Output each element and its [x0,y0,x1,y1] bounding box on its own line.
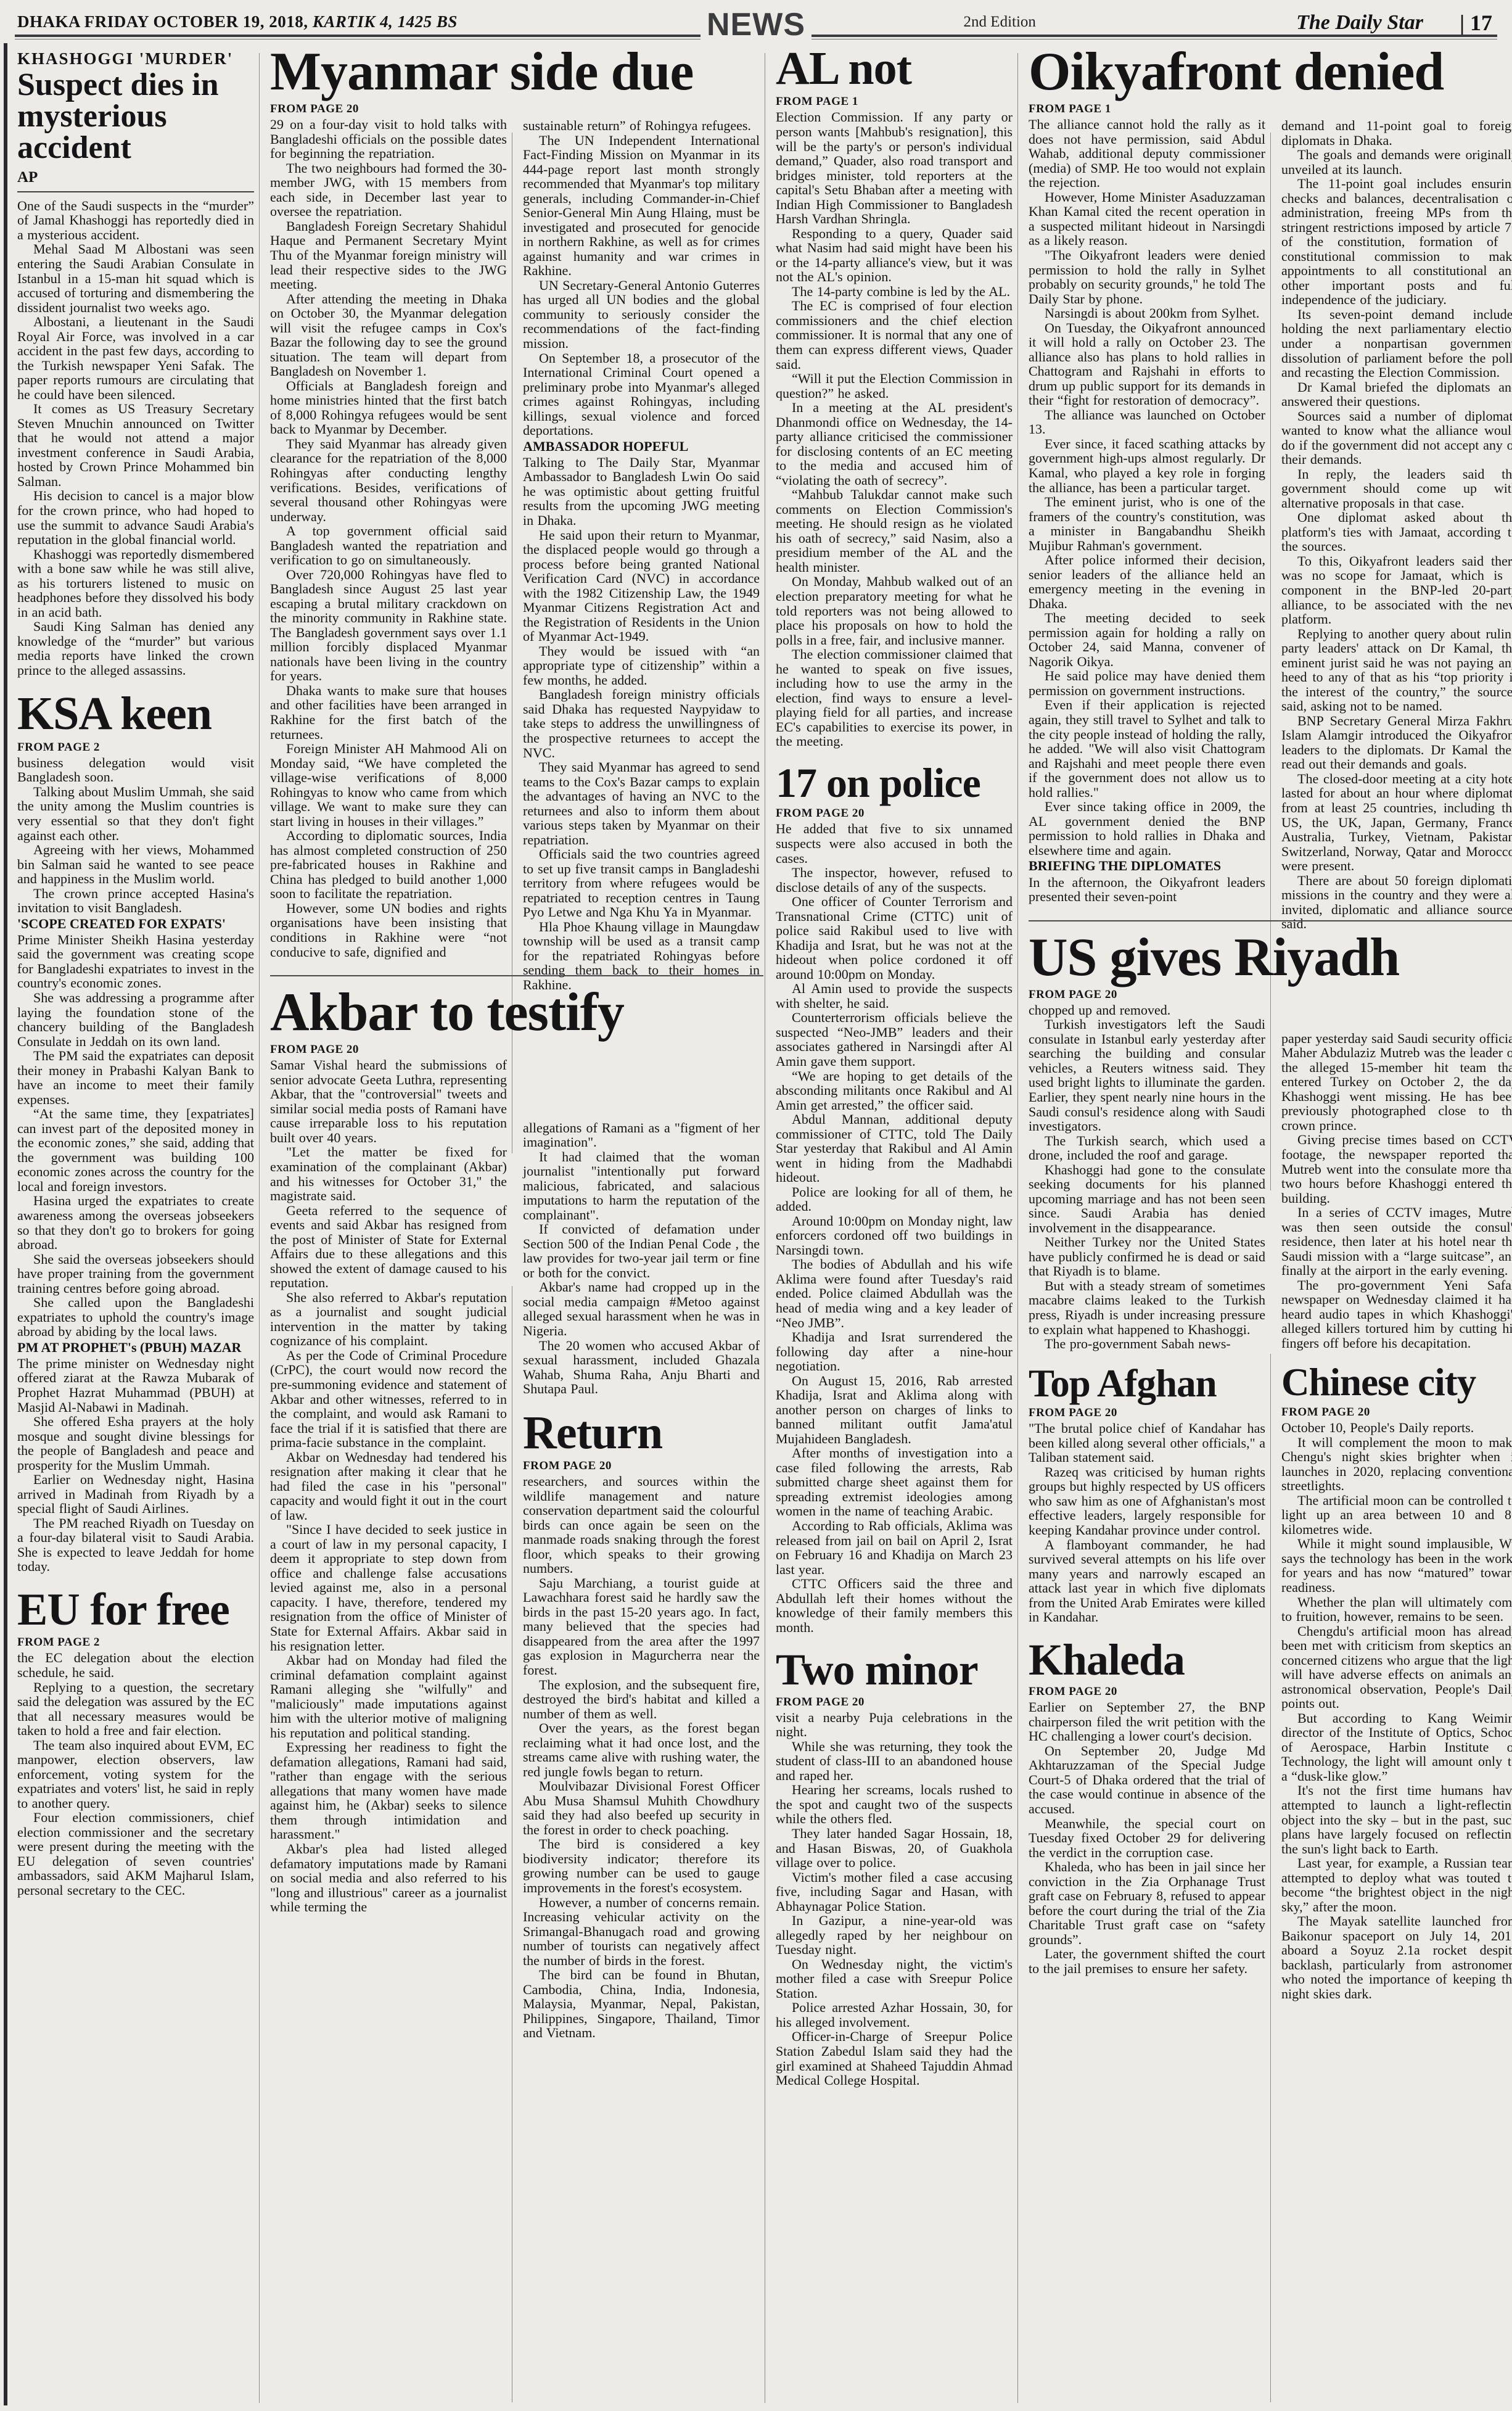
body-paragraph: Even if their application is rejected ag… [1029,698,1265,799]
body-paragraph: One of the Saudi suspects in the “murder… [17,199,254,242]
body-subhead: 'SCOPE CREATED FOR EXPATS' [17,917,254,931]
article-kicker: KHASHOGGI 'MURDER' [17,49,254,68]
headline-two-minor: Two minor [776,1648,1013,1692]
column-rule-3 [765,53,765,2403]
body-paragraph: The bird is considered a key biodiversit… [523,1837,760,1895]
newspaper-page: DHAKA FRIDAY OCTOBER 19, 2018, KARTIK 4,… [0,0,1512,2411]
column-rule-4 [1017,53,1018,2403]
body-paragraph: "The brutal police chief of Kandahar has… [1029,1421,1265,1465]
headline-us-gives-riyadh: US gives Riyadh [1029,920,1512,984]
jump-tag: FROM PAGE 1 [776,95,1013,109]
body-paragraph: Dhaka wants to make sure that houses and… [270,683,507,741]
body-paragraph: October 10, People's Daily reports. [1281,1420,1512,1435]
article-return: Return FROM PAGE 20 researchers, and sou… [523,1410,760,2040]
body-paragraph: Around 10:00pm on Monday night, law enfo… [776,1214,1013,1258]
body-paragraph: Replying to a question, the secretary sa… [17,1680,254,1738]
body-paragraph: Agreeing with her views, Mohammed bin Sa… [17,843,254,886]
article-two-minor: Two minor FROM PAGE 20 visit a nearby Pu… [776,1648,1013,2087]
body-paragraph: business delegation would visit Banglade… [17,756,254,785]
body-paragraph: Over the years, as the forest began recl… [523,1721,760,1779]
headline-eu-for-free: EU for free [17,1588,254,1633]
jump-tag: FROM PAGE 20 [270,1043,507,1057]
body-paragraph: He added that five to six unnamed suspec… [776,822,1013,865]
body-paragraph: Giving precise times based on CCTV foota… [1281,1132,1512,1205]
article-akbar-to-testify: Akbar to testify FROM PAGE 20 Samar Vish… [270,975,507,1914]
column-6: demand and 11-point goal to foreign dipl… [1281,46,1512,2001]
body-paragraph: The EC is comprised of four election com… [776,299,1013,371]
body-paragraph: On Tuesday, the Oikyafront announced it … [1029,321,1265,408]
body-paragraph: "Let the matter be fixed for examination… [270,1145,507,1203]
body-paragraph: She also referred to Akbar's reputation … [270,1290,507,1348]
body-paragraph: Khadija and Israt surrendered the follow… [776,1330,1013,1374]
body-paragraph: Chengdu's artificial moon has already be… [1281,1624,1512,1711]
body-paragraph: Victim's mother filed a case accusing fi… [776,1870,1013,1914]
body-paragraph: On Monday, Mahbub walked out of an elect… [776,574,1013,647]
body-paragraph: Moulvibazar Divisional Forest Officer Ab… [523,1779,760,1837]
body-paragraph: Later, the government shifted the court … [1029,1947,1265,1976]
body-subhead: PM AT PROPHET's (PBUH) MAZAR [17,1340,254,1355]
body-paragraph: “At the same time, they [expatriates] ca… [17,1107,254,1193]
body-paragraph: Talking about Muslim Ummah, she said the… [17,785,254,843]
body-paragraph: Election Commission. If any party or per… [776,110,1013,226]
body-paragraph: The 11-point goal includes ensuring chec… [1281,176,1512,307]
article-us-gives-riyadh: US gives Riyadh FROM PAGE 20 chopped up … [1029,920,1265,1351]
article-body: One of the Saudi suspects in the “murder… [17,199,254,678]
headline-top-afghan: Top Afghan [1029,1365,1265,1403]
body-paragraph: Officials at Bangladesh foreign and home… [270,379,507,437]
body-paragraph: Its seven-point demand includes holding … [1281,307,1512,380]
body-paragraph: The prime minister on Wednesday night of… [17,1356,254,1414]
body-paragraph: Khaleda, who has been in jail since her … [1029,1860,1265,1947]
body-paragraph: She said the overseas jobseekers should … [17,1252,254,1296]
body-paragraph: It had claimed that the woman journalist… [523,1150,760,1222]
body-paragraph: The alliance cannot hold the rally as it… [1029,117,1265,190]
body-paragraph: She called upon the Bangladeshi expatria… [17,1295,254,1339]
body-paragraph: The eminent jurist, who is one of the fr… [1029,495,1265,553]
article-myanmar-continuation: sustainable return” of Rohingya refugees… [523,118,760,992]
article-body: the EC delegation about the election sch… [17,1651,254,1897]
article-body-col2: paper yesterday said Saudi security offi… [1281,1031,1512,1351]
article-oikyafront-denied: Oikyafront denied FROM PAGE 1 The allian… [1029,46,1265,904]
body-paragraph: Police are looking for all of them, he a… [776,1185,1013,1214]
body-paragraph: After attending the meeting in Dhaka on … [270,292,507,379]
headline-akbar-to-testify: Akbar to testify [270,975,763,1039]
body-paragraph: He said upon their return to Myanmar, th… [523,528,760,644]
body-paragraph: After police informed their decision, se… [1029,553,1265,611]
body-paragraph: The explosion, and the subsequent fire, … [523,1678,760,1721]
body-paragraph: Earlier on Wednesday night, Hasina arriv… [17,1472,254,1516]
body-paragraph: Expressing her readiness to fight the de… [270,1740,507,1842]
article-body-col2: sustainable return” of Rohingya refugees… [523,118,760,992]
body-paragraph: The bodies of Abdullah and his wife Akli… [776,1257,1013,1330]
dateline: DHAKA FRIDAY OCTOBER 19, 2018, KARTIK 4,… [17,12,458,31]
article-chinese-city: Chinese city FROM PAGE 20 October 10, Pe… [1281,1364,1512,2001]
jump-tag: FROM PAGE 20 [523,1459,760,1473]
bangla-calendar-date: KARTIK 4, 1425 BS [313,12,458,31]
article-body: Election Commission. If any party or per… [776,110,1013,748]
body-paragraph: On August 15, 2016, Rab arrested Khadija… [776,1374,1013,1446]
body-paragraph: Narsingdi is about 200km from Sylhet. [1029,306,1265,321]
body-paragraph: Akbar's plea had listed alleged defamato… [270,1842,507,1914]
body-paragraph: Samar Vishal heard the submissions of se… [270,1058,507,1145]
body-paragraph: the EC delegation about the election sch… [17,1651,254,1679]
body-paragraph: Hasina urged the expatriates to create a… [17,1193,254,1251]
article-myanmar-side-due: Myanmar side due FROM PAGE 20 29 on a fo… [270,46,507,959]
body-paragraph: Abdul Mannan, additional deputy commissi… [776,1112,1013,1185]
body-paragraph: The Turkish search, which used a drone, … [1029,1134,1265,1163]
column-rule-2b [512,1286,512,2402]
body-subhead: BRIEFING THE DIPLOMATES [1029,859,1265,873]
column-2: Myanmar side due FROM PAGE 20 29 on a fo… [270,46,507,1914]
article-oikyafront-continuation: demand and 11-point goal to foreign dipl… [1281,118,1512,931]
body-paragraph: But with a steady stream of sometimes ma… [1029,1279,1265,1337]
body-paragraph: The two neighbours had formed the 30-mem… [270,161,507,219]
body-paragraph: They later handed Sagar Hossain, 18, and… [776,1826,1013,1870]
article-top-afghan: Top Afghan FROM PAGE 20 "The brutal poli… [1029,1365,1265,1625]
column-4: AL not FROM PAGE 1 Election Commission. … [776,46,1013,2088]
body-paragraph: The team also inquired about EVM, EC man… [17,1738,254,1811]
body-paragraph: The UN Independent International Fact-Fi… [523,133,760,278]
body-paragraph: According to Rab officials, Aklima was r… [776,1519,1013,1576]
article-body-col2: demand and 11-point goal to foreign dipl… [1281,118,1512,931]
body-paragraph: Turkish investigators left the Saudi con… [1029,1017,1265,1133]
body-paragraph: Bangladesh foreign ministry officials sa… [523,687,760,760]
body-paragraph: Mehal Saad M Albostani was seen entering… [17,242,254,315]
headline-ksa-keen: KSA keen [17,691,254,736]
body-paragraph: If convicted of defamation under Section… [523,1222,760,1280]
body-paragraph: His decision to cancel is a major blow f… [17,488,254,546]
body-paragraph: But according to Kang Weimin, director o… [1281,1711,1512,1784]
article-body-col1: The alliance cannot hold the rally as it… [1029,117,1265,904]
jump-tag: FROM PAGE 20 [270,102,507,116]
section-title: NEWS [701,6,811,43]
body-paragraph: Counterterrorism officials believe the s… [776,1010,1013,1068]
article-eu-for-free: EU for free FROM PAGE 2 the EC delegatio… [17,1588,254,1898]
body-paragraph: researchers, and sources within the wild… [523,1474,760,1576]
body-paragraph: The meeting decided to seek permission a… [1029,611,1265,669]
body-paragraph: paper yesterday said Saudi security offi… [1281,1031,1512,1133]
body-paragraph: Replying to another query about ruling p… [1281,627,1512,714]
body-paragraph: The PM reached Riyadh on Tuesday on a fo… [17,1516,254,1574]
body-paragraph: A flamboyant commander, he had survived … [1029,1538,1265,1625]
body-paragraph: On September 18, a prosecutor of the Int… [523,351,760,438]
page-header: DHAKA FRIDAY OCTOBER 19, 2018, KARTIK 4,… [15,5,1497,36]
body-paragraph: She offered Esha prayers at the holy mos… [17,1414,254,1472]
body-paragraph: Akbar's name had cropped up in the socia… [523,1280,760,1338]
body-paragraph: Police arrested Azhar Hossain, 30, for h… [776,2000,1013,2029]
body-paragraph: Saju Marchiang, a tourist guide at Lawac… [523,1576,760,1678]
body-paragraph: Over 720,000 Rohingyas have fled to Bang… [270,567,507,683]
article-body: October 10, People's Daily reports.It wi… [1281,1420,1512,2001]
body-paragraph: In a series of CCTV images, Mutreb was t… [1281,1205,1512,1278]
body-subhead: AMBASSADOR HOPEFUL [523,439,760,454]
body-paragraph: Meanwhile, the special court on Tuesday … [1029,1816,1265,1860]
body-paragraph: UN Secretary-General Antonio Guterres ha… [523,278,760,351]
body-paragraph: sustainable return” of Rohingya refugees… [523,118,760,133]
body-paragraph: CTTC Officers said the three and Abdulla… [776,1576,1013,1634]
body-paragraph: Foreign Minister AH Mahmood Ali on Monda… [270,741,507,828]
body-paragraph: “Will it put the Election Commission in … [776,371,1013,400]
body-paragraph: Albostani, a lieutenant in the Saudi Roy… [17,315,254,402]
body-paragraph: They would be issued with “an appropriat… [523,644,760,688]
article-body: Earlier on September 27, the BNP chairpe… [1029,1700,1265,1976]
column-1: KHASHOGGI 'MURDER' Suspect dies in myste… [17,46,254,1897]
column-5: Oikyafront denied FROM PAGE 1 The allian… [1029,46,1265,1976]
body-paragraph: It will complement the moon to make Chen… [1281,1435,1512,1493]
jump-tag: FROM PAGE 20 [776,807,1013,820]
body-paragraph: Al Amin used to provide the suspects wit… [776,981,1013,1010]
body-paragraph: Dr Kamal briefed the diplomats and answe… [1281,380,1512,409]
body-paragraph: “We are hoping to get details of the abs… [776,1069,1013,1113]
body-paragraph: One officer of Counter Terrorism and Tra… [776,894,1013,981]
body-paragraph: The goals and demands were originally un… [1281,147,1512,176]
column-rule-1 [259,53,260,2403]
body-paragraph: He said police may have denied them perm… [1029,669,1265,698]
headline-suspect-dies: Suspect dies in mysterious accident [17,70,254,164]
body-paragraph: The election commissioner claimed that h… [776,647,1013,749]
body-paragraph: Earlier on September 27, the BNP chairpe… [1029,1700,1265,1744]
article-body-col1: 29 on a four-day visit to hold talks wit… [270,117,507,959]
body-paragraph: Akbar had on Monday had filed the crimin… [270,1653,507,1740]
article-body: researchers, and sources within the wild… [523,1474,760,2040]
article-body: business delegation would visit Banglade… [17,756,254,1574]
body-paragraph: To this, Oikyafront leaders said there w… [1281,554,1512,627]
article-body: He added that five to six unnamed suspec… [776,822,1013,1634]
body-paragraph: The crown prince accepted Hasina's invit… [17,886,254,915]
body-paragraph: Neither Turkey nor the United States hav… [1029,1235,1265,1279]
body-paragraph: Talking to The Daily Star, Myanmar Ambas… [523,455,760,528]
body-paragraph: According to diplomatic sources, India h… [270,828,507,901]
body-paragraph: “Mahbub Talukdar cannot make such commen… [776,487,1013,574]
body-paragraph: The inspector, however, refused to discl… [776,865,1013,894]
body-paragraph: The Mayak satellite launched from Baikon… [1281,1914,1512,2001]
headline-al-not: AL not [776,46,1013,91]
body-paragraph: The artificial moon can be controlled to… [1281,1493,1512,1537]
body-paragraph: Saudi King Salman has denied any knowled… [17,619,254,677]
body-paragraph: Responding to a query, Quader said what … [776,226,1013,284]
dateline-text: DHAKA FRIDAY OCTOBER 19, 2018, [17,12,308,31]
body-paragraph: Whether the plan will ultimately come to… [1281,1595,1512,1624]
body-paragraph: After months of investigation into a cas… [776,1446,1013,1519]
body-paragraph: Four election commissioners, chief elect… [17,1810,254,1897]
body-paragraph: BNP Secretary General Mirza Fakhrul Isla… [1281,714,1512,772]
body-paragraph: The bird can be found in Bhutan, Cambodi… [523,1968,760,2040]
jump-tag: FROM PAGE 20 [776,1696,1013,1709]
page-number: | 17 [1460,10,1492,36]
body-paragraph: The pro-government Sabah news- [1029,1337,1265,1351]
body-paragraph: On Wednesday night, the victim's mother … [776,1957,1013,2001]
body-paragraph: The alliance was launched on October 13. [1029,408,1265,437]
body-paragraph: One diplomat asked about the platform's … [1281,510,1512,554]
body-paragraph: The 20 women who accused Akbar of sexual… [523,1338,760,1396]
body-paragraph: While she was returning, they took the s… [776,1739,1013,1783]
article-khashoggi: KHASHOGGI 'MURDER' Suspect dies in myste… [17,49,254,677]
body-paragraph: Prime Minister Sheikh Hasina yesterday s… [17,933,254,991]
scan-edge-artifact [4,43,7,2405]
body-paragraph: In Gazipur, a nine-year-old was allegedl… [776,1913,1013,1957]
article-body: "The brutal police chief of Kandahar has… [1029,1421,1265,1624]
body-paragraph: However, Home Minister Asaduzzaman Khan … [1029,190,1265,248]
body-paragraph: It comes as US Treasury Secretary Steven… [17,402,254,488]
jump-tag: FROM PAGE 20 [1029,1685,1265,1699]
body-paragraph: 29 on a four-day visit to hold talks wit… [270,117,507,161]
body-paragraph: In the afternoon, the Oikyafront leaders… [1029,875,1265,904]
body-paragraph: allegations of Ramani as a "figment of h… [523,1121,760,1150]
body-paragraph: Officer-in-Charge of Sreepur Police Stat… [776,2029,1013,2087]
jump-tag: FROM PAGE 20 [1029,988,1265,1002]
body-paragraph: The 14-party combine is led by the AL. [776,284,1013,299]
article-al-not: AL not FROM PAGE 1 Election Commission. … [776,46,1013,749]
article-akbar-continuation: allegations of Ramani as a "figment of h… [523,1121,760,1396]
body-paragraph: Bangladesh Foreign Secretary Shahidul Ha… [270,219,507,292]
edition-label: 2nd Edition [964,14,1036,31]
column-3: sustainable return” of Rohingya refugees… [523,46,760,2040]
body-paragraph: While it might sound implausible, Wu say… [1281,1536,1512,1594]
jump-tag: FROM PAGE 20 [1029,1406,1265,1420]
headline-myanmar-side-due: Myanmar side due [270,46,763,99]
body-paragraph: She was addressing a programme after lay… [17,991,254,1049]
body-paragraph: Khashoggi was reportedly dismembered wit… [17,547,254,620]
body-paragraph: A top government official said Banglades… [270,524,507,567]
headline-17-on-police: 17 on police [776,762,1013,804]
body-paragraph: In a meeting at the AL president's Dhanm… [776,400,1013,487]
masthead-logo: The Daily Star [1296,11,1423,35]
article-khaleda: Khaleda FROM PAGE 20 Earlier on Septembe… [1029,1638,1265,1976]
body-paragraph: Sources said a number of diplomats wante… [1281,409,1512,467]
body-paragraph: In reply, the leaders said the governmen… [1281,467,1512,511]
jump-tag: FROM PAGE 2 [17,1636,254,1649]
body-paragraph: The closed-door meeting at a city hotel … [1281,772,1512,873]
jump-tag: FROM PAGE 20 [1281,1406,1512,1419]
body-paragraph: However, some UN bodies and rights organ… [270,901,507,959]
body-paragraph: On September 20, Judge Md Akhtaruzzaman … [1029,1744,1265,1816]
article-body-col1: Samar Vishal heard the submissions of se… [270,1058,507,1914]
body-paragraph: demand and 11-point goal to foreign dipl… [1281,118,1512,147]
headline-oikyafront-denied: Oikyafront denied [1029,46,1512,99]
body-paragraph: Khashoggi had gone to the consulate seek… [1029,1163,1265,1235]
body-paragraph: visit a nearby Puja celebrations in the … [776,1710,1013,1739]
body-paragraph: Officials said the two countries agreed … [523,847,760,920]
headline-khaleda: Khaleda [1029,1638,1265,1682]
body-paragraph: Hearing her screams, locals rushed to th… [776,1782,1013,1826]
body-paragraph: Geeta referred to the sequence of events… [270,1203,507,1290]
body-paragraph: The PM said the expatriates can deposit … [17,1049,254,1107]
body-paragraph: Ever since, it faced scathing attacks by… [1029,437,1265,495]
column-rule-5b [1270,1354,1271,2402]
body-paragraph: "The Oikyafront leaders were denied perm… [1029,248,1265,306]
body-paragraph: Akbar on Wednesday had tendered his resi… [270,1450,507,1523]
body-paragraph: "Since I have decided to seek justice in… [270,1522,507,1653]
headline-return: Return [523,1410,760,1456]
article-body-col1: chopped up and removed.Turkish investiga… [1029,1003,1265,1351]
body-paragraph: It's not the first time humans have atte… [1281,1783,1512,1856]
body-paragraph: However, a number of concerns remain. In… [523,1895,760,1968]
body-paragraph: As per the Code of Criminal Procedure (C… [270,1348,507,1450]
body-paragraph: chopped up and removed. [1029,1003,1265,1018]
article-body: visit a nearby Puja celebrations in the … [776,1710,1013,2088]
article-17-on-police: 17 on police FROM PAGE 20 He added that … [776,762,1013,1634]
article-ksa-keen: KSA keen FROM PAGE 2 business delegation… [17,691,254,1574]
body-paragraph: Ever since taking office in 2009, the AL… [1029,799,1265,857]
body-paragraph: Razeq was criticised by human rights gro… [1029,1465,1265,1538]
body-paragraph: They said Myanmar has already given clea… [270,437,507,524]
body-paragraph: The pro-government Yeni Safak newspaper … [1281,1278,1512,1351]
jump-tag: FROM PAGE 2 [17,741,254,754]
body-paragraph: Last year, for example, a Russian team a… [1281,1856,1512,1914]
body-paragraph: They said Myanmar has agreed to send tea… [523,760,760,847]
jump-tag: FROM PAGE 1 [1029,102,1265,116]
byline-ap: AP [17,168,254,192]
headline-chinese-city: Chinese city [1281,1364,1512,1402]
article-body-col2: allegations of Ramani as a "figment of h… [523,1121,760,1396]
article-us-riyadh-continuation: paper yesterday said Saudi security offi… [1281,1031,1512,1351]
column-rule-5a [1270,133,1271,1190]
